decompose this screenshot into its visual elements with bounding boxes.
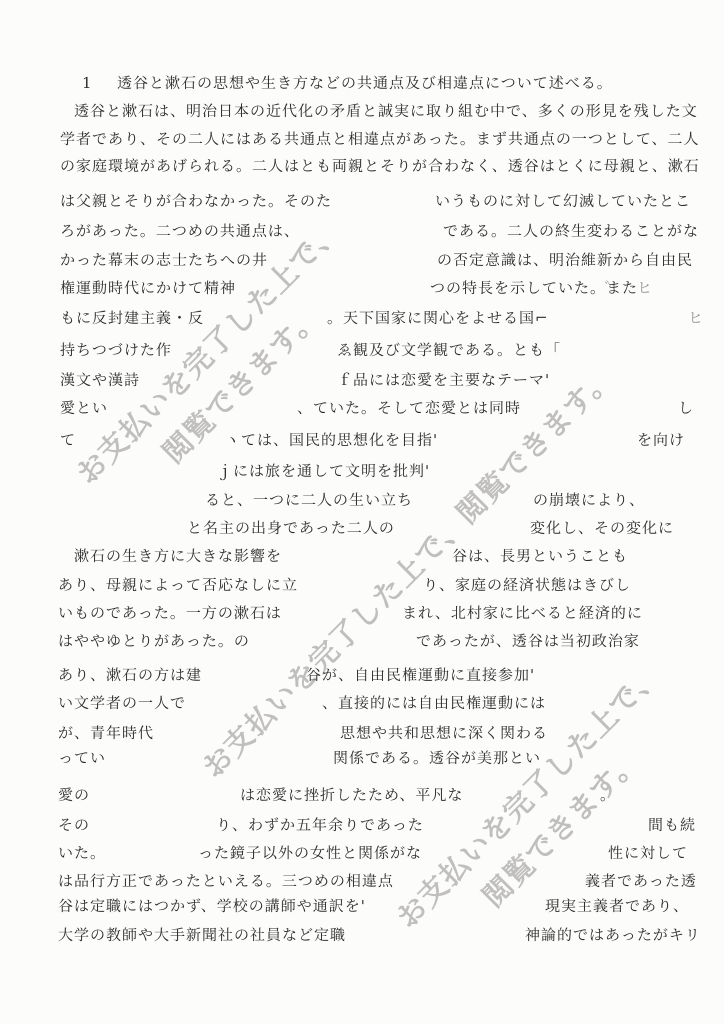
text-segment: ろがあった。二つめの共通点は、	[60, 223, 300, 240]
text-segment: ｊには旅を通して文明を批判'	[217, 463, 430, 480]
text-segment: の否定意識は、明治維新から自由民	[437, 252, 693, 269]
text-segment: 大学の教師や大手新聞社の社員など定職	[58, 927, 346, 944]
text-segment: ｆ品には恋愛を主要なテーマ'	[337, 372, 550, 389]
text-segment: もに反封建主義・反	[60, 310, 204, 327]
text-segment: かった幕末の志士たちへの井	[60, 252, 268, 269]
text-segment: ってい	[58, 750, 106, 767]
text-segment: 、直接的には自由民権運動には	[322, 695, 546, 712]
text-segment: 愛とい	[60, 400, 108, 417]
text-segment: 学者であり、その二人にはある共通点と相違点があった。まず共通点の一つとして、二人	[60, 131, 700, 148]
text-segment: し	[678, 400, 694, 417]
text-segment: である。二人の終生変わることがな	[443, 223, 699, 240]
text-segment: は品行方正であったといえる。三つめの相違点	[58, 873, 394, 890]
text-segment: ヒ	[688, 310, 704, 327]
text-segment: 変化し、その変化に	[530, 520, 674, 537]
text-segment: 現実主義者であり、	[545, 898, 689, 915]
text-segment: い文学者の一人で	[58, 695, 186, 712]
text-segment: 間も続	[648, 817, 696, 834]
text-segment: り、わずか五年余りであった	[216, 817, 424, 834]
text-segment: であったが、透谷は当初政治家	[416, 633, 640, 650]
text-segment: はややゆとりがあった。の	[58, 633, 250, 650]
text-segment: 谷が、自由民権運動に直接参加'	[306, 667, 535, 684]
text-segment: ゛	[604, 280, 620, 297]
text-segment: の崩壊により、	[533, 492, 645, 509]
text-segment: 権運動時代にかけて精神	[60, 280, 236, 297]
text-segment: 透谷と漱石は、明治日本の近代化の矛盾と誠実に取り組む中で、多くの形見を残した文	[74, 103, 698, 120]
text-segment: いうものに対して幻滅していたとこ	[435, 193, 691, 210]
text-segment: まれ、北村家に比べると経済的に	[402, 605, 643, 622]
text-segment: ヽては、国民的思想化を目指'	[225, 432, 438, 449]
text-segment: 関係である。透谷が美那とい	[333, 750, 541, 767]
text-segment: て	[60, 432, 76, 449]
text-segment: った鏡子以外の女性と関係がな	[198, 845, 422, 862]
text-segment: 性に対して	[608, 845, 688, 862]
text-segment: 谷は、長男ということも	[452, 548, 628, 565]
text-segment: 。天下国家に関心をよせる国⌐	[327, 310, 549, 327]
text-segment: 。	[600, 787, 616, 804]
text-segment: あり、漱石の方は建	[58, 667, 202, 684]
text-segment: は父親とそりが合わなかった。そのた	[60, 193, 332, 210]
text-segment: 、ていた。そして恋愛とは同時	[297, 400, 521, 417]
text-segment: 持ちつづけた作	[60, 342, 172, 359]
text-segment: を向け	[637, 432, 685, 449]
text-segment: 漱石の生き方に大きな影響を	[74, 548, 282, 565]
text-segment: いものであった。一方の漱石は	[58, 605, 282, 622]
text-segment: 愛の	[58, 787, 90, 804]
text-segment: いた。	[58, 845, 106, 862]
text-segment: り、家庭の経済状態はきびし	[423, 577, 631, 594]
text-segment: 神論的ではあったがキリ	[525, 927, 701, 944]
text-segment: 1	[82, 75, 93, 92]
text-segment: ゑ観及び文学観である。とも「	[337, 342, 561, 359]
text-segment: ると、一つに二人の生い立ち	[205, 492, 413, 509]
text-segment: と名主の出身であった二人の	[187, 520, 395, 537]
text-segment: その	[58, 817, 90, 834]
text-segment: の家庭環境があげられる。二人はとも両親とそりが合わなく、透谷はとくに母親と、漱石	[60, 158, 700, 175]
text-segment: 義者であった透	[585, 873, 697, 890]
text-segment: 谷は定職にはつかず、学校の講師や通訳を'	[58, 898, 366, 915]
text-segment: が、青年時代	[58, 725, 154, 742]
text-layer: 1透谷と漱石の思想や生き方などの共通点及び相違点について述べる。透谷と漱石は、明…	[0, 0, 724, 1024]
text-segment: ヒ	[637, 280, 653, 297]
text-segment: は恋愛に挫折したため、平凡な	[240, 787, 463, 804]
text-segment: 思想や共和思想に深く関わる	[340, 725, 548, 742]
text-segment: 透谷と漱石の思想や生き方などの共通点及び相違点について述べる。	[117, 75, 613, 92]
document-page: お支払いを完了した上で、 閲覧できます。お支払いを完了した上で、閲覧できます。お…	[0, 0, 724, 1024]
text-segment: あり、母親によって否応なしに立	[58, 577, 298, 594]
text-segment: 漢文や漢詩	[60, 372, 140, 389]
